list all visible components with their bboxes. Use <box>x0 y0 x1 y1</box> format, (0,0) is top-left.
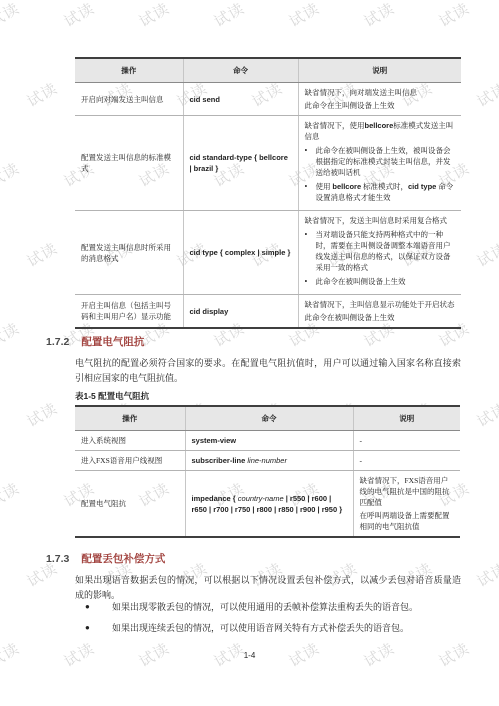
section-title: 配置丢包补偿方式 <box>81 553 165 565</box>
description-bullet: •此命令在被叫侧设备上生效，被叫设备会根据指定的标准模式封装主叫信息，并发送给被… <box>305 145 456 178</box>
description-line: - <box>360 435 455 446</box>
description-cell: 缺省情况下，FXS语音用户线的电气阻抗是中国的阻抗匹配值在呼叫两端设备上需要配置… <box>353 471 460 538</box>
bullet-text: 如果出现零散丢包的情况，可以使用通用的丢帧补偿算法重构丢失的语音包。 <box>112 600 418 613</box>
operation-cell: 进入系统视图 <box>75 431 185 451</box>
description-text: 使用 bellcore 标准模式时，cid type 命令设置消息格式才能生效 <box>316 181 456 203</box>
description-bullet: •当对端设备只能支持两种格式中的一种时，需要在主叫侧设备调整本端语音用户线发送主… <box>305 229 456 273</box>
bullet-dot-icon: ● <box>85 621 112 634</box>
bullet-dot-icon: • <box>305 229 316 273</box>
table-row: 进入FXS语音用户线视图subscriber-line line-number- <box>75 451 460 471</box>
description-bullet: •此命令在被叫侧设备上生效 <box>305 276 456 287</box>
description-line: 缺省情况下，使用bellcore标准模式发送主叫信息 <box>305 120 456 142</box>
table-caption-1-5: 表1-5 配置电气阻抗 <box>75 390 149 402</box>
bullet-item: ● 如果出现零散丢包的情况，可以使用通用的丢帧补偿算法重构丢失的语音包。 <box>85 600 461 613</box>
table-row: 进入系统视图system-view- <box>75 431 460 451</box>
section-heading-1-7-2: 1.7.2配置电气阻抗 <box>46 334 144 349</box>
command-cell: impedance { country-name | r550 | r600 |… <box>185 471 353 538</box>
bullet-list: ● 如果出现零散丢包的情况，可以使用通用的丢帧补偿算法重构丢失的语音包。 ● 如… <box>85 600 461 642</box>
page-number: 1-4 <box>0 651 499 660</box>
command-cell: cid standard-type { bellcore | brazil } <box>183 116 298 211</box>
description-cell: - <box>353 451 460 471</box>
description-text: 此命令在被叫侧设备上生效 <box>316 276 406 287</box>
command-cell: system-view <box>185 431 353 451</box>
description-line: 缺省情况下，发送主叫信息时采用复合格式 <box>305 215 456 226</box>
operation-cell: 配置发送主叫信息的标准模式 <box>75 116 183 211</box>
description-text: 当对端设备只能支持两种格式中的一种时，需要在主叫侧设备调整本端语音用户线发送主叫… <box>316 229 456 273</box>
description-line: 缺省情况下，向对端发送主叫信息 <box>305 87 456 98</box>
table-row: 开启向对端发送主叫信息cid send缺省情况下，向对端发送主叫信息此命令在主叫… <box>75 83 461 116</box>
bullet-dot-icon: • <box>305 181 316 203</box>
bullet-dot-icon: • <box>305 276 316 287</box>
table-row: 配置电气阻抗impedance { country-name | r550 | … <box>75 471 460 538</box>
description-bullet: •使用 bellcore 标准模式时，cid type 命令设置消息格式才能生效 <box>305 181 456 203</box>
document-page: 试读试读试读试读试读试读试读试读试读试读试读试读试读试读试读试读试读试读试读试读… <box>0 0 499 706</box>
description-line: - <box>360 455 455 466</box>
column-header: 说明 <box>298 58 461 83</box>
description-cell: 缺省情况下，主叫信息显示功能处于开启状态此命令在被叫侧设备上生效 <box>298 295 461 329</box>
description-line: 此命令在主叫侧设备上生效 <box>305 100 456 111</box>
description-cell: 缺省情况下，使用bellcore标准模式发送主叫信息•此命令在被叫侧设备上生效，… <box>298 116 461 211</box>
impedance-command-table: 操作命令说明 进入系统视图system-view-进入FXS语音用户线视图sub… <box>75 405 460 538</box>
paragraph-impedance: 电气阻抗的配置必须符合国家的要求。在配置电气阻抗值时，用户可以通过输入国家名称直… <box>75 356 461 386</box>
command-cell: cid type { complex | simple } <box>183 211 298 295</box>
table-row: 开启主叫信息（包括主叫号码和主叫用户名）显示功能cid display缺省情况下… <box>75 295 461 329</box>
description-cell: 缺省情况下，发送主叫信息时采用复合格式•当对端设备只能支持两种格式中的一种时，需… <box>298 211 461 295</box>
table-header-row: 操作命令说明 <box>75 58 461 83</box>
cid-command-table: 操作命令说明 开启向对端发送主叫信息cid send缺省情况下，向对端发送主叫信… <box>75 57 461 329</box>
operation-cell: 开启主叫信息（包括主叫号码和主叫用户名）显示功能 <box>75 295 183 329</box>
command-cell: cid send <box>183 83 298 116</box>
column-header: 命令 <box>185 406 353 431</box>
command-cell: cid display <box>183 295 298 329</box>
description-line: 缺省情况下，主叫信息显示功能处于开启状态 <box>305 299 456 310</box>
command-cell: subscriber-line line-number <box>185 451 353 471</box>
bullet-item: ● 如果出现连续丢包的情况，可以使用语音网关特有方式补偿丢失的语音包。 <box>85 621 461 634</box>
description-cell: 缺省情况下，向对端发送主叫信息此命令在主叫侧设备上生效 <box>298 83 461 116</box>
bullet-text: 如果出现连续丢包的情况，可以使用语音网关特有方式补偿丢失的语音包。 <box>112 621 409 634</box>
section-heading-1-7-3: 1.7.3配置丢包补偿方式 <box>46 551 165 566</box>
description-line: 在呼叫两端设备上需要配置相同的电气阻抗值 <box>360 510 455 532</box>
column-header: 命令 <box>183 58 298 83</box>
description-cell: - <box>353 431 460 451</box>
table-row: 配置发送主叫信息的标准模式cid standard-type { bellcor… <box>75 116 461 211</box>
table-header-row: 操作命令说明 <box>75 406 460 431</box>
operation-cell: 进入FXS语音用户线视图 <box>75 451 185 471</box>
description-text: 此命令在被叫侧设备上生效，被叫设备会根据指定的标准模式封装主叫信息，并发送给被叫… <box>316 145 456 178</box>
section-title: 配置电气阻抗 <box>81 336 144 348</box>
column-header: 操作 <box>75 406 185 431</box>
paragraph-packet-loss: 如果出现语音数据丢包的情况，可以根据以下情况设置丢包补偿方式，以减少丢包对语音质… <box>75 573 461 603</box>
operation-cell: 开启向对端发送主叫信息 <box>75 83 183 116</box>
bullet-dot-icon: ● <box>85 600 112 613</box>
description-line: 此命令在被叫侧设备上生效 <box>305 312 456 323</box>
page-content: 操作命令说明 开启向对端发送主叫信息cid send缺省情况下，向对端发送主叫信… <box>0 0 499 706</box>
description-line: 缺省情况下，FXS语音用户线的电气阻抗是中国的阻抗匹配值 <box>360 475 455 508</box>
column-header: 操作 <box>75 58 183 83</box>
table-row: 配置发送主叫信息时所采用的消息格式cid type { complex | si… <box>75 211 461 295</box>
section-number: 1.7.3 <box>46 553 69 565</box>
column-header: 说明 <box>353 406 460 431</box>
bullet-dot-icon: • <box>305 145 316 178</box>
operation-cell: 配置电气阻抗 <box>75 471 185 538</box>
section-number: 1.7.2 <box>46 336 69 348</box>
operation-cell: 配置发送主叫信息时所采用的消息格式 <box>75 211 183 295</box>
